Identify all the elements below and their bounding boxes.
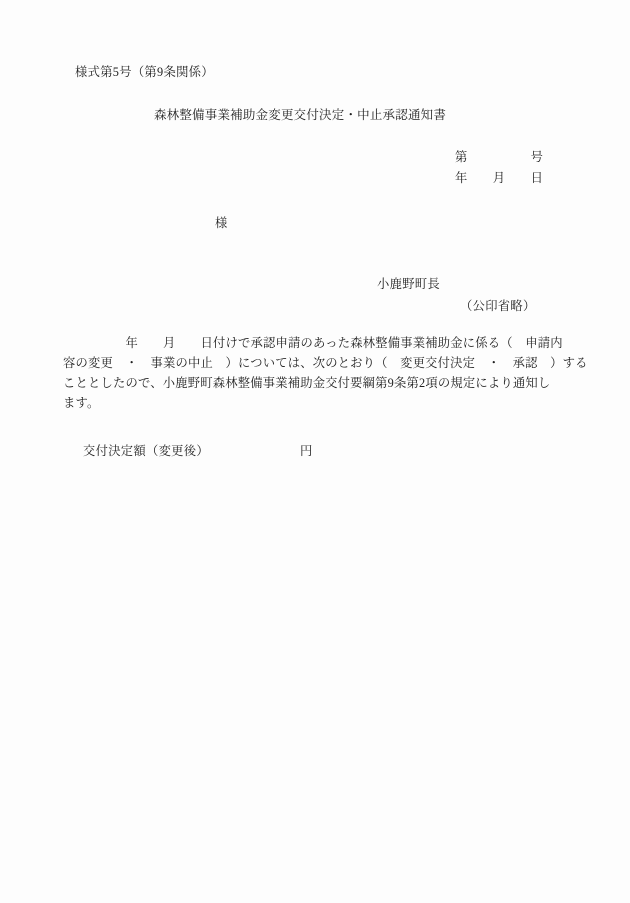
official-seal-omitted-note: （公印省略） xyxy=(460,300,536,312)
sender-title: 小鹿野町長 xyxy=(377,278,440,290)
body-line-4: ます。 xyxy=(63,393,593,413)
document-date-line: 年 月 日 xyxy=(455,172,543,184)
body-line-2: 容の変更 ・ 事業の中止 ）については、次のとおり（ 変更交付決定 ・ 承認 ）… xyxy=(63,353,593,373)
document-title: 森林整備事業補助金変更交付決定・中止承認通知書 xyxy=(0,109,600,122)
document-number-line: 第 号 xyxy=(455,151,543,163)
addressee-suffix: 様 xyxy=(215,217,228,229)
grant-amount-row: 交付決定額（変更後） 円 xyxy=(0,441,630,461)
grant-amount-label: 交付決定額（変更後） xyxy=(83,441,209,461)
form-number: 様式第5号（第9条関係） xyxy=(75,66,214,78)
body-paragraph: 年 月 日付けで承認申請のあった森林整備事業補助金に係る（ 申請内 容の変更 ・… xyxy=(63,333,593,413)
document-page: 様式第5号（第9条関係） 森林整備事業補助金変更交付決定・中止承認通知書 第 号… xyxy=(0,0,630,903)
body-line-3: こととしたので、小鹿野町森林整備事業補助金交付要綱第9条第2項の規定により通知し xyxy=(63,373,593,393)
grant-amount-unit-yen: 円 xyxy=(300,441,312,461)
body-line-1: 年 月 日付けで承認申請のあった森林整備事業補助金に係る（ 申請内 xyxy=(63,333,593,353)
